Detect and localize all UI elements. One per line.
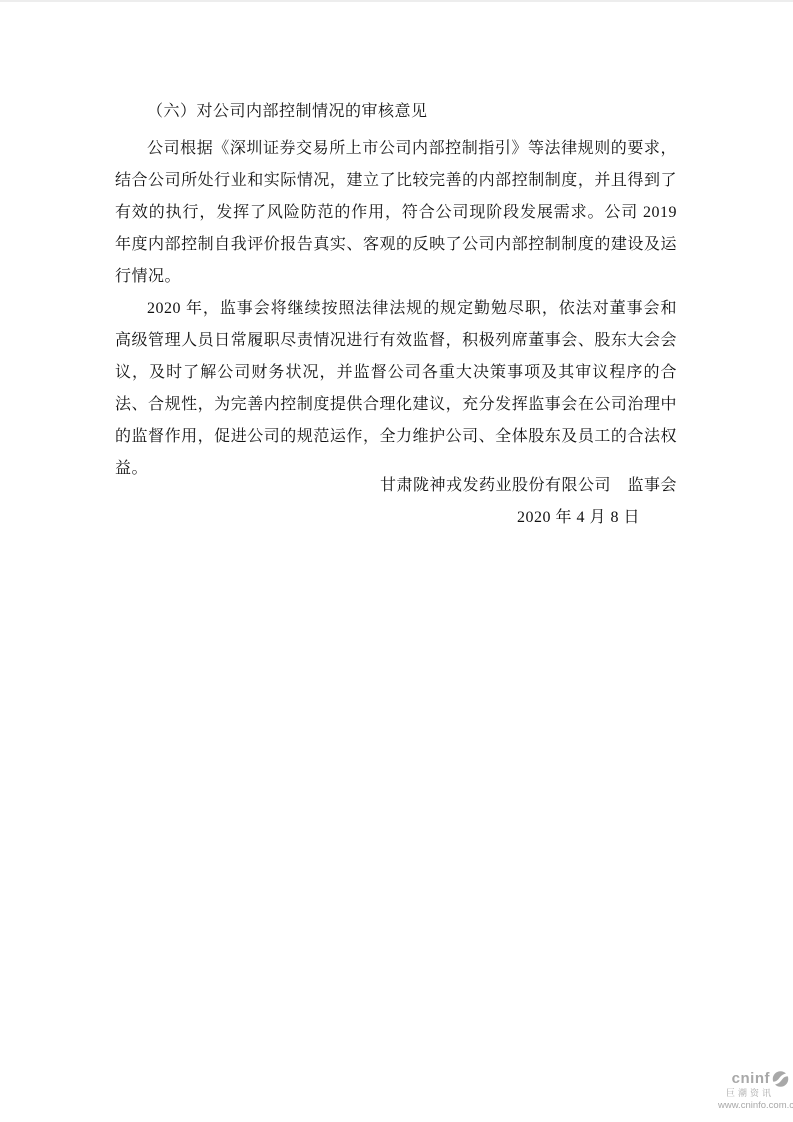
page-top-edge — [0, 0, 793, 2]
paragraph-internal-control-review: 公司根据《深圳证券交易所上市公司内部控制指引》等法律规则的要求，结合公司所处行业… — [115, 133, 677, 293]
cninfo-watermark: cninf 巨潮资讯 www.cninfo.com.cn — [718, 1070, 790, 1111]
cninfo-chinese-name: 巨潮资讯 — [718, 1089, 790, 1099]
signature-block: 甘肃陇神戎发药业股份有限公司 监事会 2020 年 4 月 8 日 — [115, 470, 677, 534]
paragraph-2020-plan: 2020 年，监事会将继续按照法律法规的规定勤勉尽职，依法对董事会和高级管理人员… — [115, 293, 677, 485]
signature-company-name: 甘肃陇神戎发药业股份有限公司 监事会 — [115, 470, 677, 502]
cninfo-swirl-icon — [771, 1070, 790, 1088]
signature-date: 2020 年 4 月 8 日 — [115, 502, 677, 534]
cninfo-brand-text: cninf — [732, 1071, 770, 1088]
cninfo-url: www.cninfo.com.cn — [718, 1101, 790, 1111]
section-heading: （六）对公司内部控制情况的审核意见 — [115, 96, 677, 128]
document-body: （六）对公司内部控制情况的审核意见 公司根据《深圳证券交易所上市公司内部控制指引… — [115, 96, 677, 485]
